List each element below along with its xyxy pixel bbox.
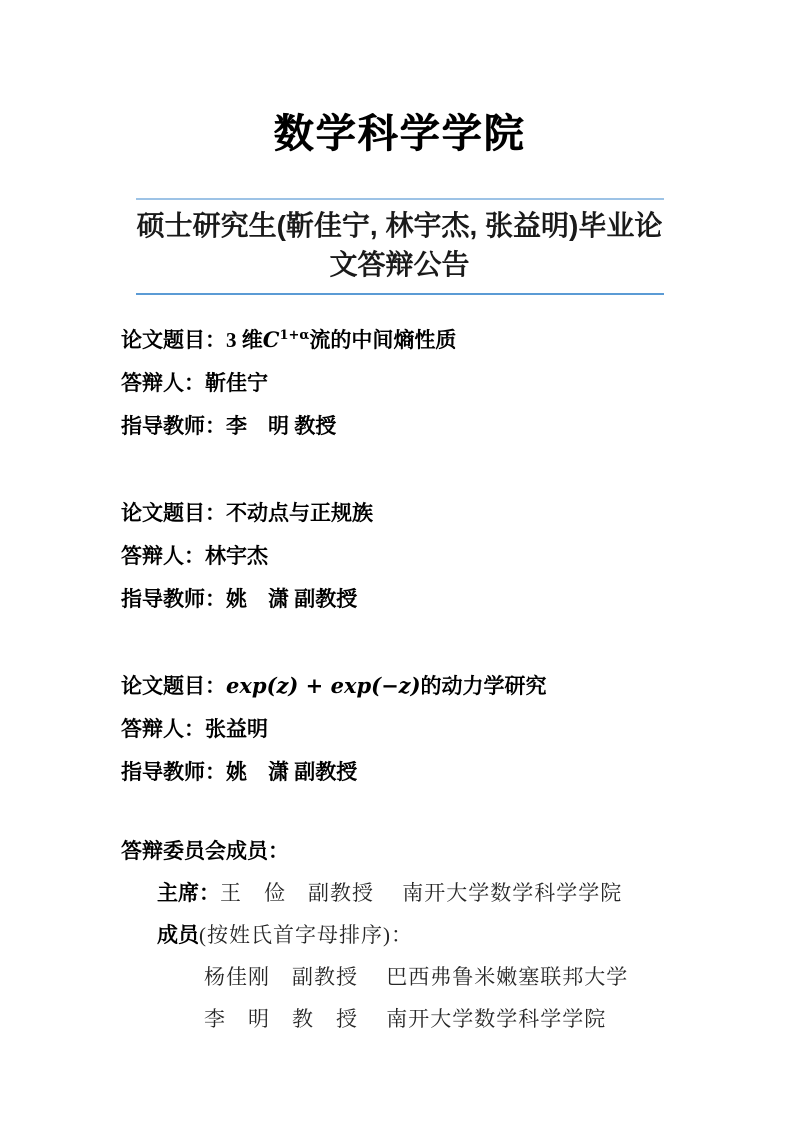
school-title: 数学科学学院: [0, 106, 799, 162]
thesis-title-label: 论文题目：: [121, 501, 226, 525]
thesis-title-label: 论文题目：: [121, 328, 226, 352]
defender-label: 答辩人：: [121, 371, 205, 395]
defender-name: 林宇杰: [205, 544, 268, 568]
thesis-title-label: 论文题目：: [121, 674, 226, 698]
defender-row: 答辩人：林宇杰: [121, 535, 681, 578]
members-note: (按姓氏首字母排序)：: [199, 923, 413, 947]
committee-member-row: 李 明 教 授 南开大学数学科学学院: [121, 998, 681, 1040]
thesis-title-suffix: 流的中间熵性质: [309, 328, 456, 352]
thesis-title-row: 论文题目：3 维C1+α流的中间熵性质: [121, 318, 681, 362]
advisor-label: 指导教师：: [121, 760, 226, 784]
committee-member-row: 杨佳刚 副教授 巴西弗鲁米嫩塞联邦大学: [121, 956, 681, 998]
committee-members-label-row: 成员(按姓氏首字母排序)：: [121, 914, 681, 956]
advisor-row: 指导教师：姚 潇 副教授: [121, 578, 681, 621]
thesis-title-math: C: [263, 327, 280, 352]
announcement-page: 数学科学学院 硕士研究生(靳佳宁, 林宇杰, 张益明)毕业论 文答辩公告 论文题…: [0, 0, 799, 1131]
chair-label: 主席：: [157, 881, 220, 905]
announcement-line-1: 硕士研究生(靳佳宁, 林宇杰, 张益明)毕业论: [136, 206, 664, 245]
thesis-section-1: 论文题目：3 维C1+α流的中间熵性质 答辩人：靳佳宁 指导教师：李 明 教授: [121, 318, 681, 448]
thesis-title-suffix: 不动点与正规族: [226, 501, 373, 525]
members-label: 成员: [157, 923, 199, 947]
thesis-title-prefix: 3 维: [226, 328, 263, 352]
defender-label: 答辩人：: [121, 717, 205, 741]
thesis-list: 论文题目：3 维C1+α流的中间熵性质 答辩人：靳佳宁 指导教师：李 明 教授 …: [121, 318, 681, 794]
thesis-section-2: 论文题目：不动点与正规族 答辩人：林宇杰 指导教师：姚 潇 副教授: [121, 491, 681, 621]
advisor-name: 李 明 教授: [226, 414, 336, 438]
defender-name: 张益明: [205, 717, 268, 741]
advisor-label: 指导教师：: [121, 587, 226, 611]
thesis-title-row: 论文题目：不动点与正规族: [121, 491, 681, 535]
announcement-line-2: 文答辩公告: [136, 245, 664, 284]
defender-row: 答辩人：靳佳宁: [121, 362, 681, 405]
advisor-name: 姚 潇 副教授: [226, 760, 357, 784]
defender-name: 靳佳宁: [205, 371, 268, 395]
defender-label: 答辩人：: [121, 544, 205, 568]
advisor-row: 指导教师：姚 潇 副教授: [121, 751, 681, 794]
thesis-title-math-sup: 1+α: [279, 328, 309, 343]
announcement-heading: 硕士研究生(靳佳宁, 林宇杰, 张益明)毕业论 文答辩公告: [136, 198, 664, 295]
thesis-title-suffix: 的动力学研究: [421, 674, 547, 698]
chair-info: 王 俭 副教授 南开大学数学科学学院: [220, 881, 622, 905]
committee-heading: 答辩委员会成员：: [121, 830, 681, 872]
advisor-label: 指导教师：: [121, 414, 226, 438]
committee-section: 答辩委员会成员： 主席：王 俭 副教授 南开大学数学科学学院 成员(按姓氏首字母…: [121, 830, 681, 1040]
thesis-title-math: exp(z) + exp(−z): [226, 673, 421, 698]
advisor-row: 指导教师：李 明 教授: [121, 405, 681, 448]
thesis-section-3: 论文题目：exp(z) + exp(−z)的动力学研究 答辩人：张益明 指导教师…: [121, 664, 681, 794]
committee-chair-row: 主席：王 俭 副教授 南开大学数学科学学院: [121, 872, 681, 914]
defender-row: 答辩人：张益明: [121, 708, 681, 751]
thesis-title-row: 论文题目：exp(z) + exp(−z)的动力学研究: [121, 664, 681, 708]
advisor-name: 姚 潇 副教授: [226, 587, 357, 611]
